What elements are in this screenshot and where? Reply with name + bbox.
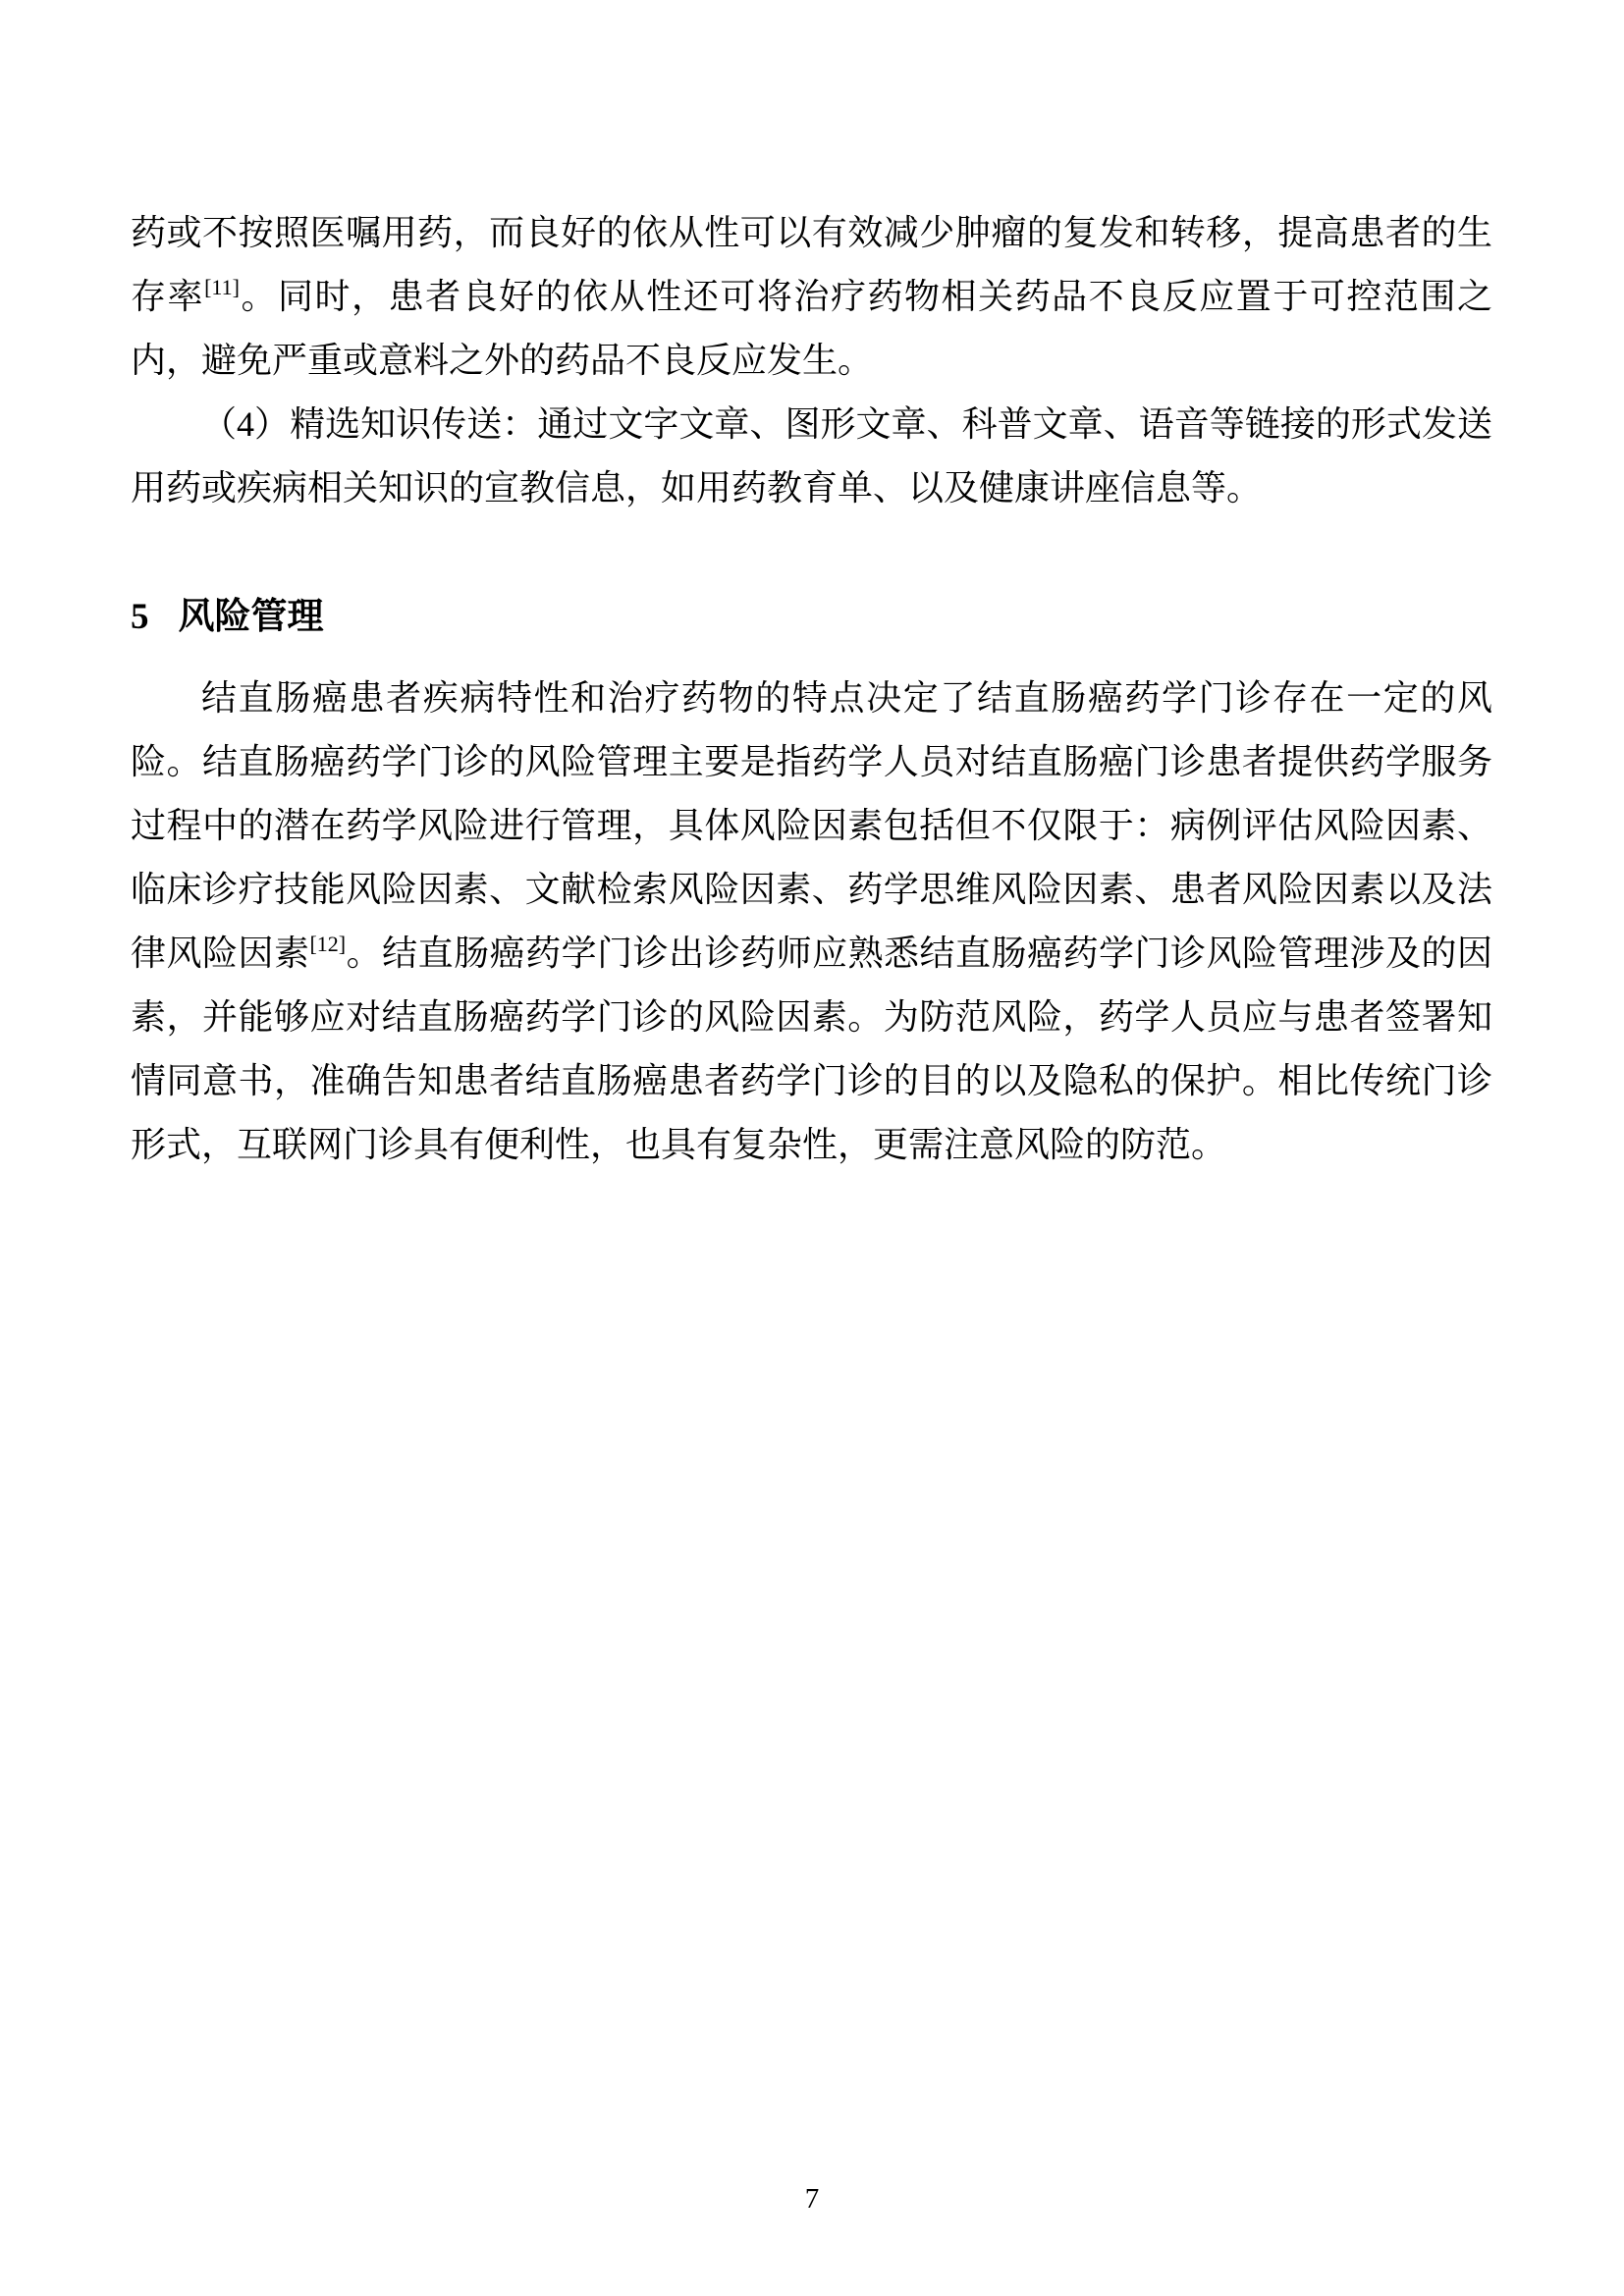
- page-number: 7: [0, 2181, 1624, 2216]
- paragraph-adherence: 药或不按照医嘱用药，而良好的依从性可以有效减少肿瘤的复发和转移，提高患者的生存率…: [131, 201, 1492, 393]
- section-number: 5: [131, 585, 149, 649]
- paragraph-risk-text-1: 结直肠癌患者疾病特性和治疗药物的特点决定了结直肠癌药学门诊存在一定的风险。结直肠…: [131, 678, 1492, 973]
- section-heading-risk-management: 5风险管理: [131, 585, 1492, 649]
- document-page: 药或不按照医嘱用药，而良好的依从性可以有效减少肿瘤的复发和转移，提高患者的生存率…: [0, 0, 1624, 2296]
- citation-ref-12: [12]: [309, 932, 346, 956]
- paragraph-risk-text-2: 。结直肠癌药学门诊出诊药师应熟悉结直肠癌药学门诊风险管理涉及的因素，并能够应对结…: [131, 934, 1492, 1164]
- page-content: 药或不按照医嘱用药，而良好的依从性可以有效减少肿瘤的复发和转移，提高患者的生存率…: [131, 201, 1492, 1177]
- paragraph-risk-management: 结直肠癌患者疾病特性和治疗药物的特点决定了结直肠癌药学门诊存在一定的风险。结直肠…: [131, 667, 1492, 1177]
- section-title: 风险管理: [179, 597, 324, 637]
- paragraph-adherence-text-2: 。同时，患者良好的依从性还可将治疗药物相关药品不良反应置于可控范围之内，避免严重…: [131, 277, 1492, 380]
- citation-ref-11: [11]: [204, 275, 240, 299]
- paragraph-knowledge-delivery: （4）精选知识传送：通过文字文章、图形文章、科普文章、语音等链接的形式发送用药或…: [131, 393, 1492, 520]
